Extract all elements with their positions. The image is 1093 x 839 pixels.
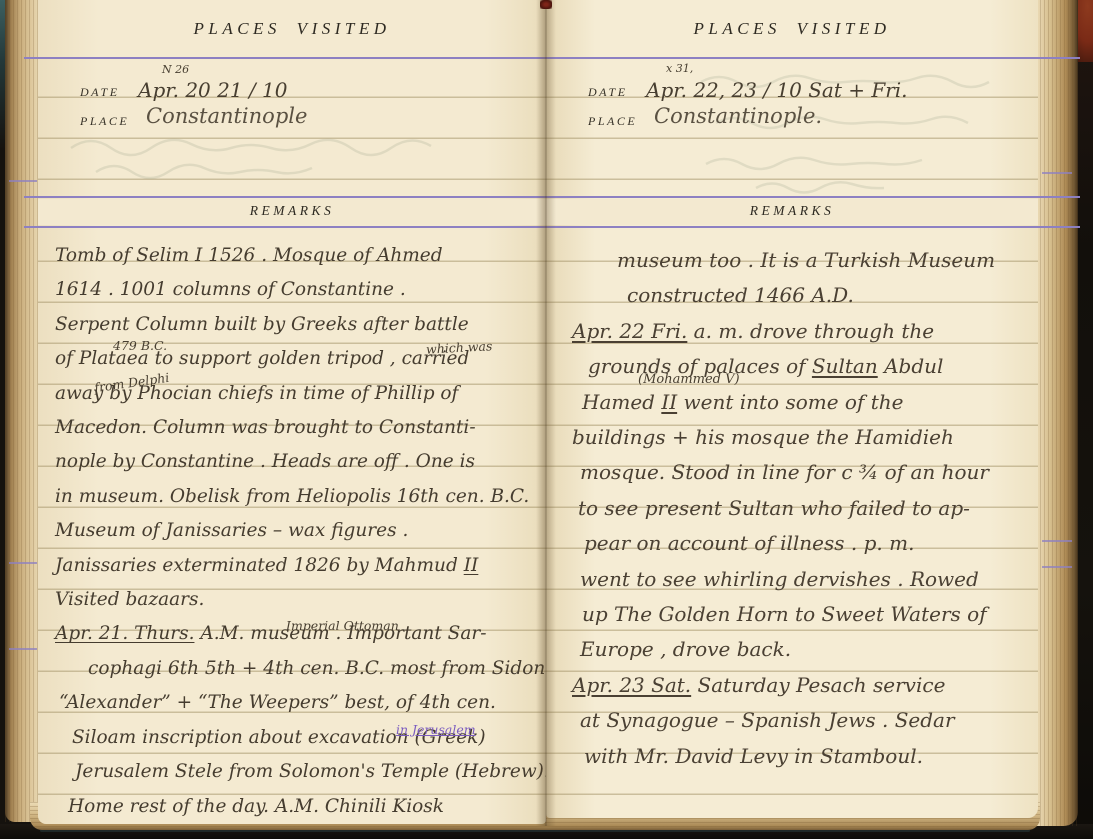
page-title: PLACES VISITED — [38, 19, 546, 39]
place-label: PLACE — [80, 114, 129, 129]
remark-line: 1614 . 1001 columns of Constantine . — [55, 273, 538, 307]
remark-line: Apr. 23 Sat. Saturday Pesach service — [572, 668, 1032, 703]
remark-line: pear on account of illness . p. m. — [584, 526, 1032, 561]
remark-line: went to see whirling dervishes . Rowed — [580, 562, 1032, 597]
page-right: PLACES VISITED DATE x 31, Apr. 22, 23 / … — [546, 0, 1038, 818]
rule-mark — [9, 180, 37, 182]
page-left: PLACES VISITED DATE N 26 Apr. 20 21 / 10… — [38, 0, 546, 824]
date-label: DATE — [80, 85, 120, 100]
annotation-in-jerusalem: in Jerusalem — [396, 722, 476, 737]
remarks-rule-top — [546, 196, 1080, 198]
remark-line: at Synagogue – Spanish Jews . Sedar — [580, 703, 1032, 738]
remark-line: nople by Constantine . Heads are off . O… — [55, 445, 538, 479]
header-rule — [24, 57, 546, 59]
remark-line: buildings + his mosque the Hamidieh — [572, 420, 1032, 455]
remark-line: constructed 1466 A.D. — [627, 278, 1032, 313]
remark-line: Home rest of the day. A.M. Chinili Kiosk — [68, 790, 538, 824]
remark-line: Hamed II went into some of the — [582, 385, 1032, 420]
remark-line: Macedon. Column was brought to Constanti… — [55, 411, 538, 445]
remark-line: “Alexander” + “The Weepers” best, of 4th… — [59, 686, 538, 720]
page-edge-texture — [1036, 0, 1078, 826]
date-value: Apr. 22, 23 / 10 Sat + Fri. — [646, 78, 908, 102]
remark-line: to see present Sultan who failed to ap- — [578, 491, 1032, 526]
date-superscript: N 26 — [162, 63, 189, 76]
date-label: DATE — [588, 85, 628, 100]
page-gutter — [536, 0, 556, 826]
annotation-mohammed-v: (Mohammed V) — [638, 372, 740, 387]
page-edge-texture — [5, 0, 39, 822]
page-edges-right — [1036, 0, 1078, 826]
remarks-rule-bottom — [546, 226, 1080, 228]
date-value: Apr. 20 21 / 10 — [138, 78, 287, 102]
rule-mark — [9, 648, 37, 650]
place-label: PLACE — [588, 114, 637, 129]
remark-line: Janissaries exterminated 1826 by Mahmud … — [55, 549, 538, 583]
remark-line: Museum of Janissaries – wax figures . — [55, 514, 538, 548]
binding-mark — [540, 0, 552, 9]
remark-line: with Mr. David Levy in Stamboul. — [584, 739, 1032, 774]
remarks-text: museum too . It is a Turkish Museumconst… — [572, 243, 1032, 774]
page-title: PLACES VISITED — [546, 19, 1038, 39]
remarks-header: REMARKS — [38, 199, 546, 225]
remarks-rule-bottom — [24, 226, 546, 228]
annotation-479bc: 479 B.C. — [113, 338, 167, 353]
remark-line: in museum. Obelisk from Heliopolis 16th … — [55, 480, 538, 514]
remark-line: cophagi 6th 5th + 4th cen. B.C. most fro… — [88, 652, 538, 686]
remarks-header: REMARKS — [546, 199, 1038, 225]
remark-line: museum too . It is a Turkish Museum — [617, 243, 1032, 278]
remark-line: Tomb of Selim I 1526 . Mosque of Ahmed — [55, 239, 538, 273]
remarks-rule-top — [24, 196, 546, 198]
rule-mark — [1042, 540, 1072, 542]
remark-line: Visited bazaars. — [55, 583, 538, 617]
rule-mark — [1042, 172, 1072, 174]
remark-line: Jerusalem Stele from Solomon's Temple (H… — [75, 755, 538, 789]
remark-line: mosque. Stood in line for c ¾ of an hour — [580, 455, 1032, 490]
remark-line: Apr. 22 Fri. a. m. drove through the — [572, 314, 1032, 349]
place-value: Constantinople — [146, 104, 307, 128]
remark-line: Europe , drove back. — [580, 632, 1032, 667]
date-superscript: x 31, — [666, 62, 693, 75]
annotation-imperial-ottoman: Imperial Ottoman — [286, 618, 399, 633]
header-rule — [546, 57, 1080, 59]
ghost-writing — [66, 130, 506, 180]
place-value: Constantinople. — [654, 104, 822, 128]
diary-photo: PLACES VISITED DATE N 26 Apr. 20 21 / 10… — [0, 0, 1093, 839]
remark-line: up The Golden Horn to Sweet Waters of — [582, 597, 1032, 632]
rule-mark — [9, 562, 37, 564]
rule-mark — [1042, 566, 1072, 568]
page-edges-left — [5, 0, 39, 822]
